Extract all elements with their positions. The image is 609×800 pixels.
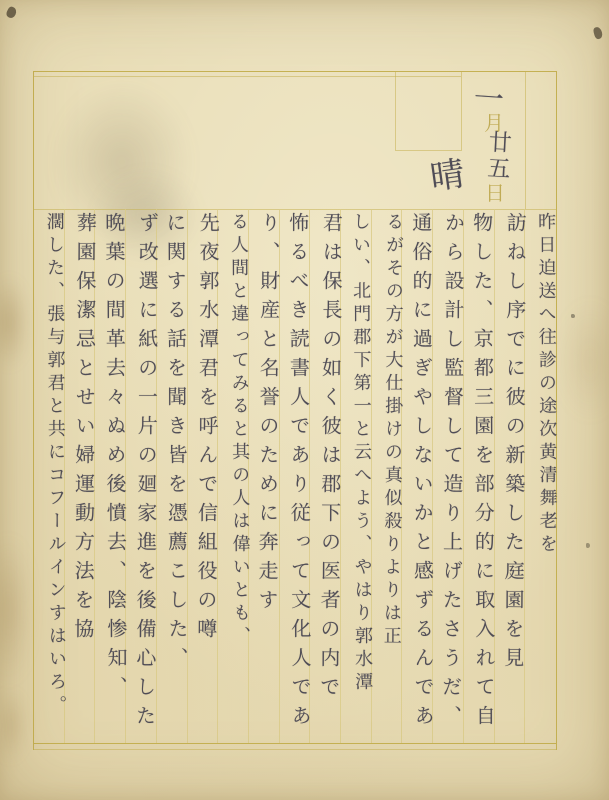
date-column-rule [525,71,526,209]
handwriting-column: 物した、京都三園を部分的に取入れて自 [462,212,495,734]
handwriting-column: 訪ねし序でに彼の新築した庭園を見 [493,212,526,676]
handwriting-column: 先夜郭水潭君を呼んで信組役の噂 [186,212,219,647]
handwriting-column: 晩葉の間革去々ぬめ後憤去、陰惨知、 [94,212,127,705]
printed-day-label: 日 [485,183,505,203]
ink-speck [5,6,18,20]
handwriting-column: しい、北門郡下第一と云へよう、やはり郭水潭 [339,212,372,695]
handwriting-column: 通俗的に過ぎやしないかと感ずるんであ [401,212,434,734]
frame-top-inner [33,76,461,77]
stain-edge [0,535,32,685]
handwriting-column: 昨日迫送へ往診の途次黄清舞老を [524,212,556,557]
ink-speck [593,26,604,40]
handwritten-month-number: 一 [473,73,506,119]
frame-top-outer [33,71,557,72]
ink-speck [571,314,575,318]
frame-bottom-outer [33,749,557,750]
handwritten-weather: 晴 [427,146,467,199]
handwriting-column: から設計し監督して造り上げたさうだ、 [430,212,463,734]
stain-edge [0,688,28,763]
date-box-outer-rule [395,71,396,150]
date-box-left-rule [461,71,462,150]
handwriting-column: ず改選に紙の一片の廻家進を後備心した [124,212,157,734]
handwriting-column: 怖るべき読書人であり従って文化人であ [278,212,311,734]
handwriting-column: に関する話を聞き皆を憑薦こした、 [155,212,187,676]
diary-page: 月 日 一 廿五 晴 昨日迫送へ往診の途次黄清舞老を 訪ねし序でに彼の新築した庭… [0,0,609,800]
handwriting-column: 葬園保潔忌とせい婦運動方法を協 [63,212,96,647]
handwritten-day-number: 廿五 [484,129,510,182]
handwriting-column: 君は保長の如く彼は郡下の医者の内で [308,212,341,705]
handwriting-column: 濶した、張与郭君と共にコフールインすはいろ。 [33,212,66,718]
body-top-rule [33,209,557,210]
handwriting-column: るがその方が大仕掛けの真似殺りよりは正 [370,212,403,649]
handwriting-column: る人間と違ってみると其の人は偉いとも、 [217,212,249,649]
handwriting-column: り、財産と名誉のために奔走す [247,212,279,618]
frame-bottom-inner [33,743,557,744]
ink-speck [586,543,590,548]
stain-edge [0,275,30,370]
stain-edge [560,300,609,420]
